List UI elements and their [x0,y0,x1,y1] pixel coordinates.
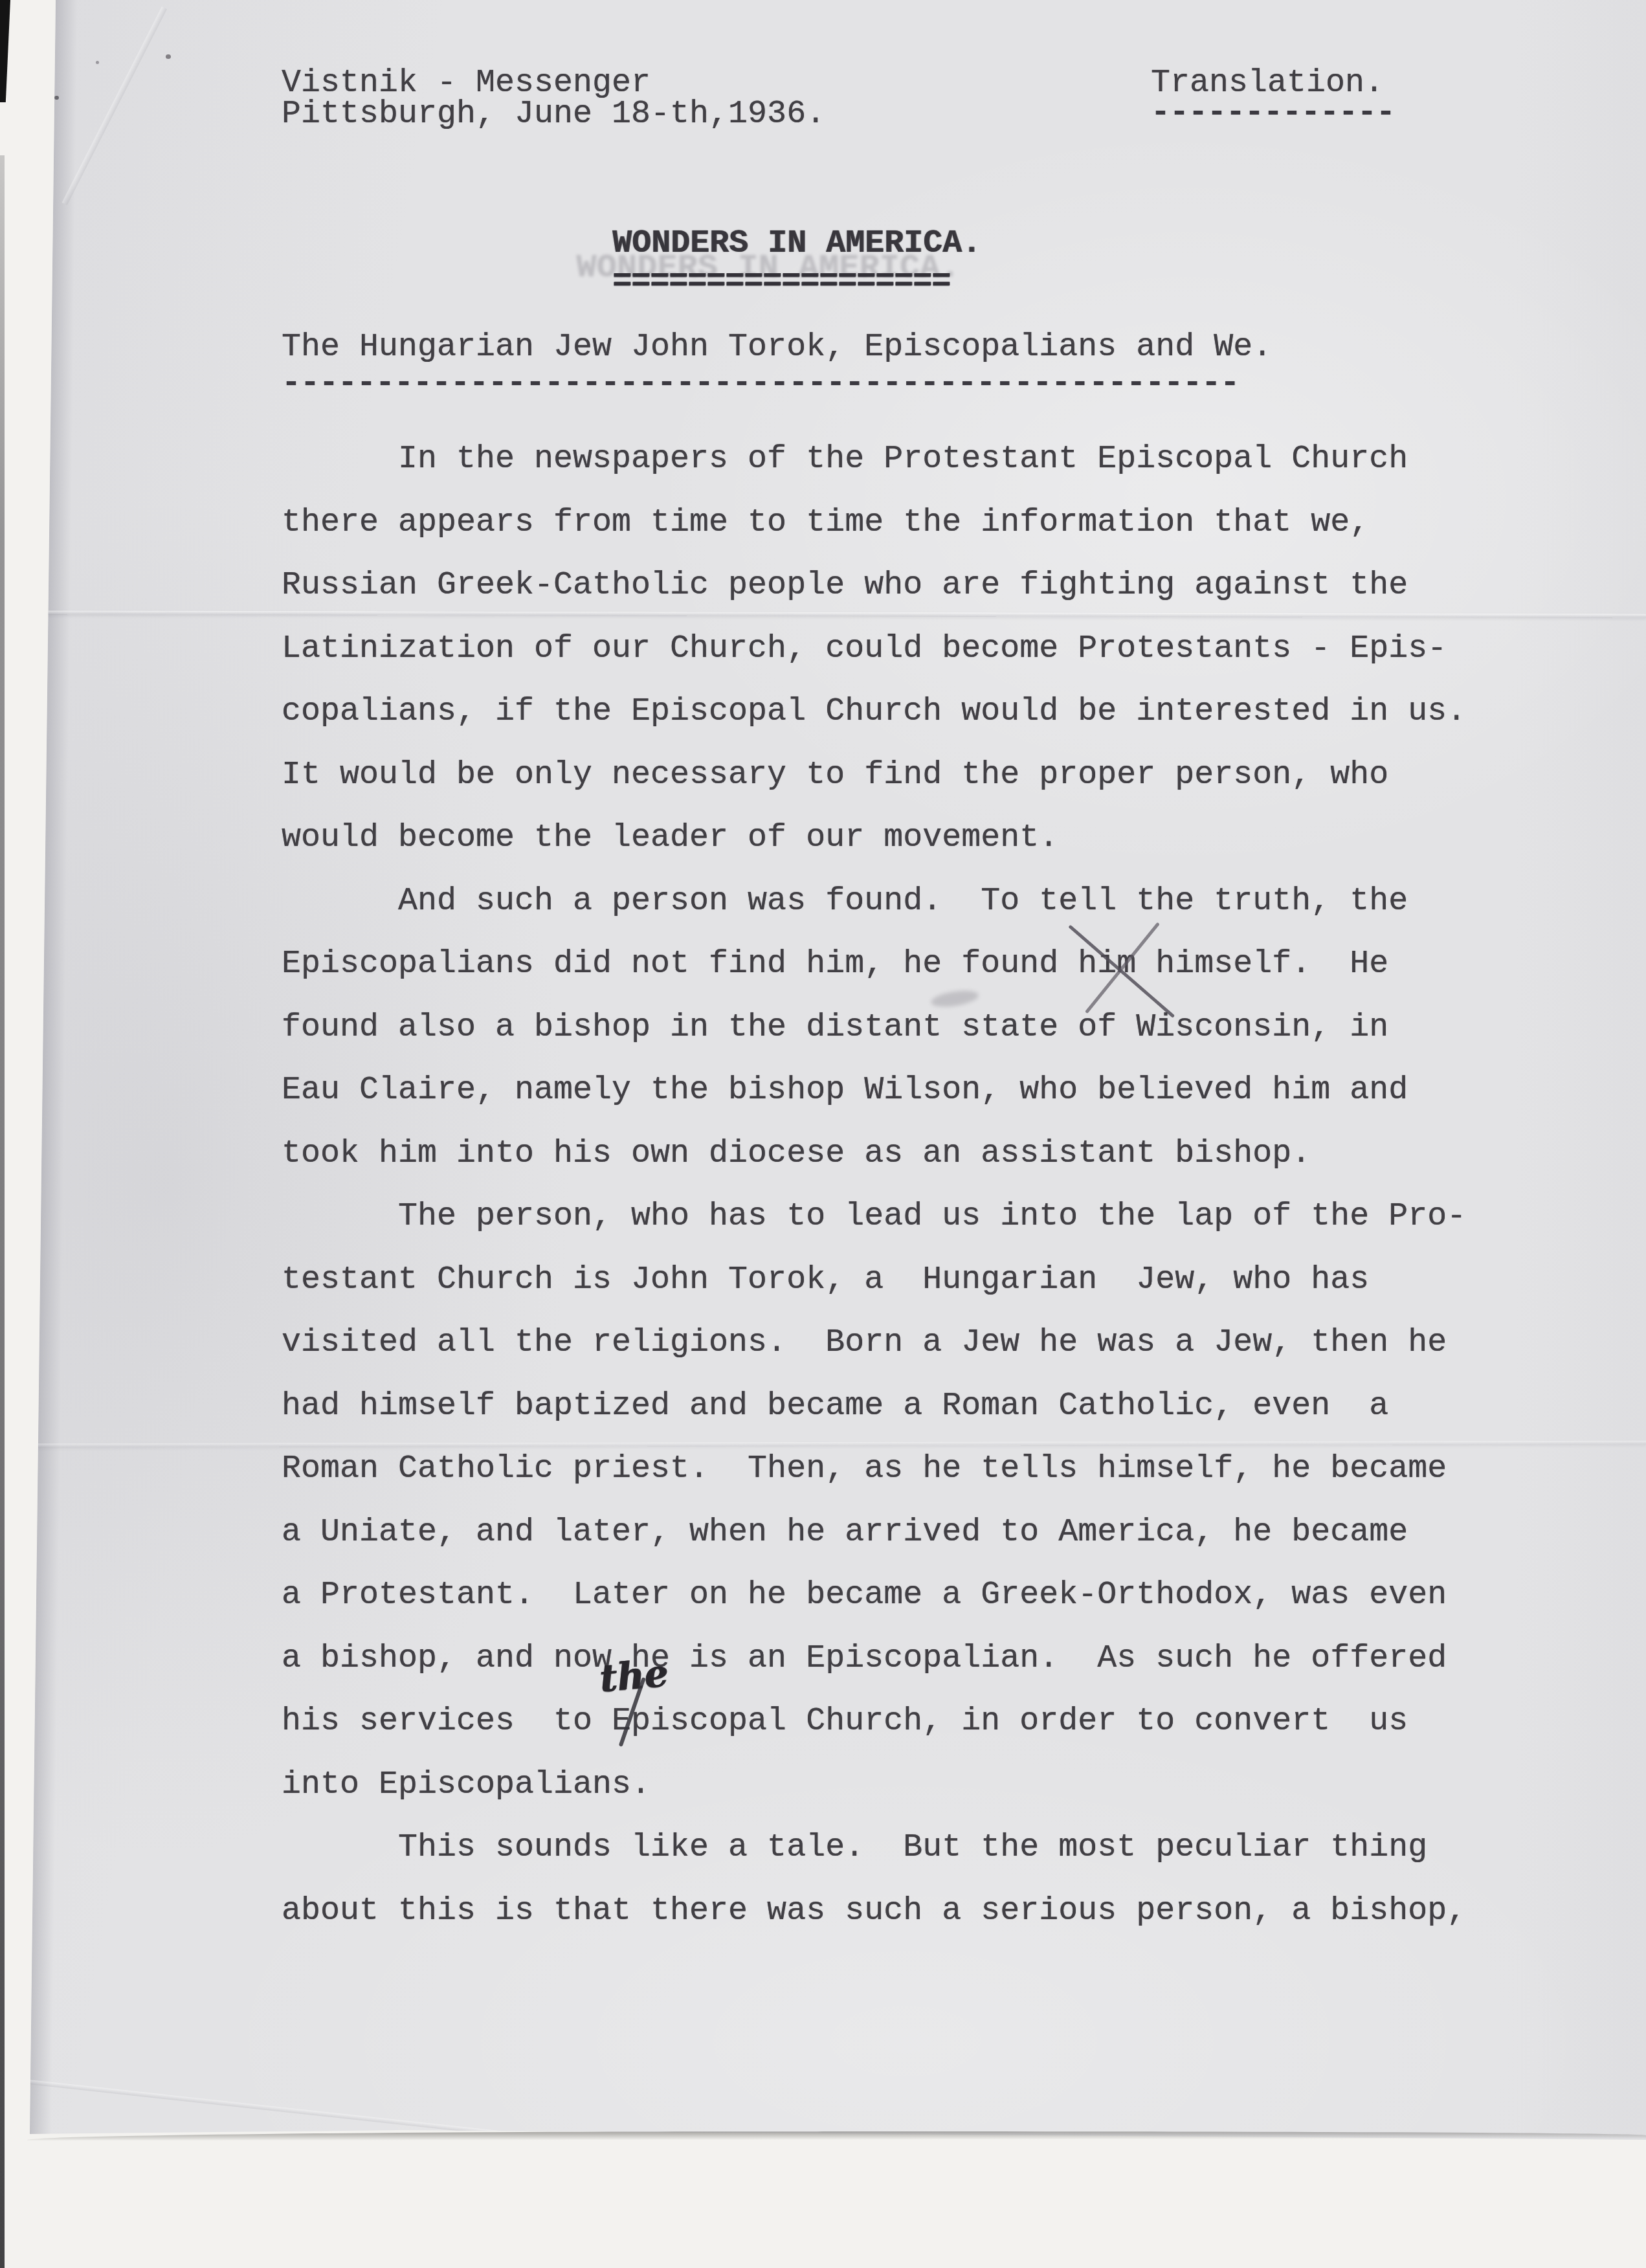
paper-bottom-edge-shadow [27,2130,1646,2140]
article-title: WONDERS IN AMERICA. [612,228,981,260]
handwritten-insertion-the: the [598,1654,670,1697]
article-subtitle-underline: ----------------------------------------… [282,368,1239,400]
publication-name: Vistnik - Messenger [282,67,651,100]
paper-speck [54,96,59,100]
paper-crease-diagonal-top [62,6,167,205]
paper-sheet: Vistnik - Messenger Pittsburgh, June 18-… [0,0,1646,2268]
article-subtitle: The Hungarian Jew John Torok, Episcopali… [282,331,1272,364]
paper-speck [166,54,171,59]
scanner-edge-artifact [0,0,10,102]
scanned-document-page: Vistnik - Messenger Pittsburgh, June 18-… [0,0,1646,2268]
scanner-left-edge-line [0,155,5,2268]
publication-date: Pittsburgh, June 18-th,1936. [282,98,825,131]
paper-speck [96,61,99,64]
paper-left-edge-shade [29,0,78,2150]
article-body: In the newspapers of the Protestant Epis… [282,428,1466,1942]
translation-underline: ------------- [1151,97,1395,129]
paper-crease-diagonal-bottom [22,2079,524,2138]
article-title-underline: ================== [612,267,950,299]
